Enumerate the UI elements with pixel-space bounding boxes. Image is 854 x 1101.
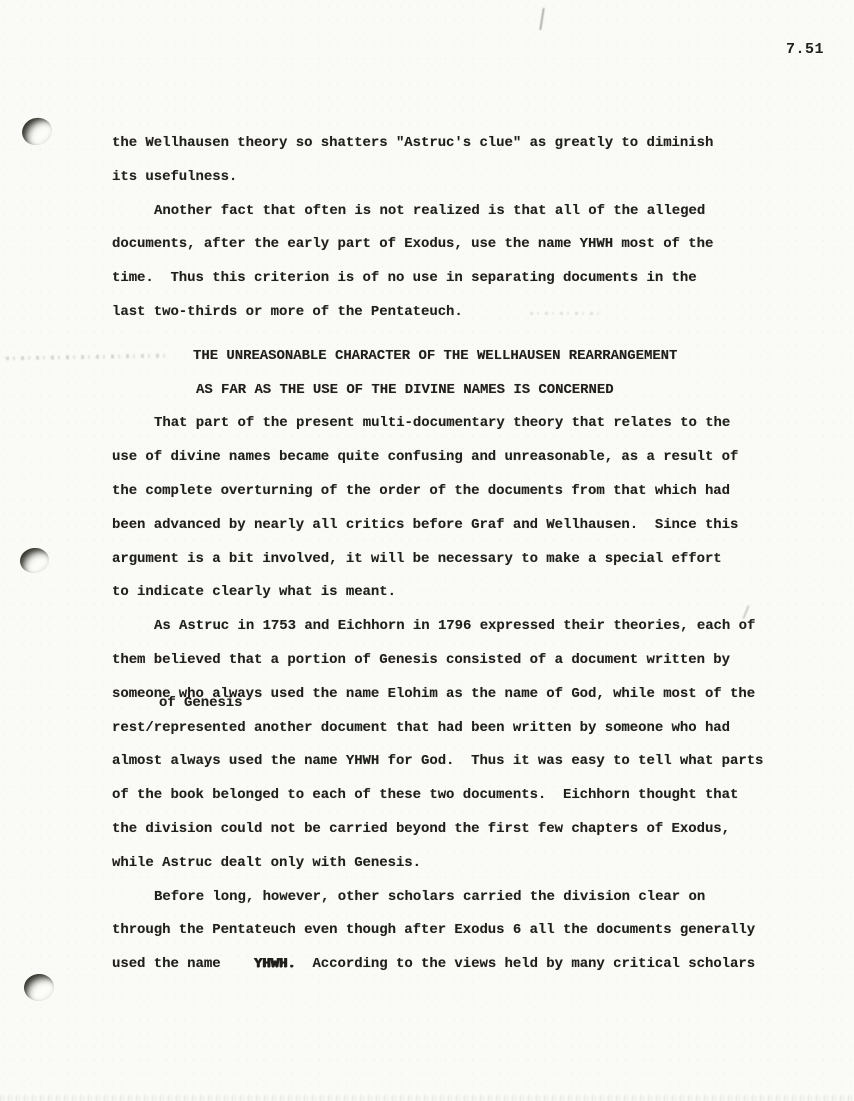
text-segment: used the name	[112, 956, 254, 972]
text-line: time. Thus this criterion is of no use i…	[112, 262, 812, 296]
text-line: the Wellhausen theory so shatters "Astru…	[112, 127, 812, 161]
text-line: documents, after the early part of Exodu…	[112, 228, 812, 262]
text-line: last two-thirds or more of the Pentateuc…	[112, 296, 812, 330]
text-line: the division could not be carried beyond…	[112, 813, 812, 847]
text-line: almost always used the name YHWH for God…	[112, 745, 812, 779]
section-heading: AS FAR AS THE USE OF THE DIVINE NAMES IS…	[112, 374, 812, 408]
section-heading: THE UNREASONABLE CHARACTER OF THE WELLHA…	[112, 340, 812, 374]
text-line: been advanced by nearly all critics befo…	[112, 509, 812, 543]
text-line: its usefulness.	[112, 161, 812, 195]
text-line: to indicate clearly what is meant.	[112, 576, 812, 610]
typewritten-text: the Wellhausen theory so shatters "Astru…	[112, 127, 812, 982]
page-number: 7.51	[786, 41, 824, 58]
text-line: the complete overturning of the order of…	[112, 475, 812, 509]
text-line: As Astruc in 1753 and Eichhorn in 1796 e…	[112, 610, 812, 644]
scan-edge-noise	[0, 1095, 854, 1101]
text-line: while Astruc dealt only with Genesis.	[112, 847, 812, 881]
text-line: That part of the present multi-documenta…	[112, 407, 812, 441]
text-line: used the name YHWH. According to the vie…	[112, 948, 812, 982]
text-line: through the Pentateuch even though after…	[112, 914, 812, 948]
scanned-page: 7.51 the Wellhausen theory so shatters "…	[0, 0, 854, 1101]
hole-punch-middle-icon	[18, 546, 50, 575]
text-line: argument is a bit involved, it will be n…	[112, 543, 812, 577]
interlinear-insertion: of Genesis	[159, 695, 243, 712]
hole-punch-top-icon	[19, 114, 56, 149]
scan-scratch-top	[539, 8, 544, 30]
text-line: of the book belonged to each of these tw…	[112, 779, 812, 813]
overstruck-word: YHWH.	[254, 956, 296, 972]
text-line: Before long, however, other scholars car…	[112, 881, 812, 915]
text-line: Another fact that often is not realized …	[112, 195, 812, 229]
text-line: them believed that a portion of Genesis …	[112, 644, 812, 678]
text-segment: According to the views held by many crit…	[296, 956, 755, 972]
text-line: rest/represented another document that h…	[112, 712, 812, 746]
hole-punch-bottom-icon	[23, 973, 55, 1002]
text-line: use of divine names became quite confusi…	[112, 441, 812, 475]
